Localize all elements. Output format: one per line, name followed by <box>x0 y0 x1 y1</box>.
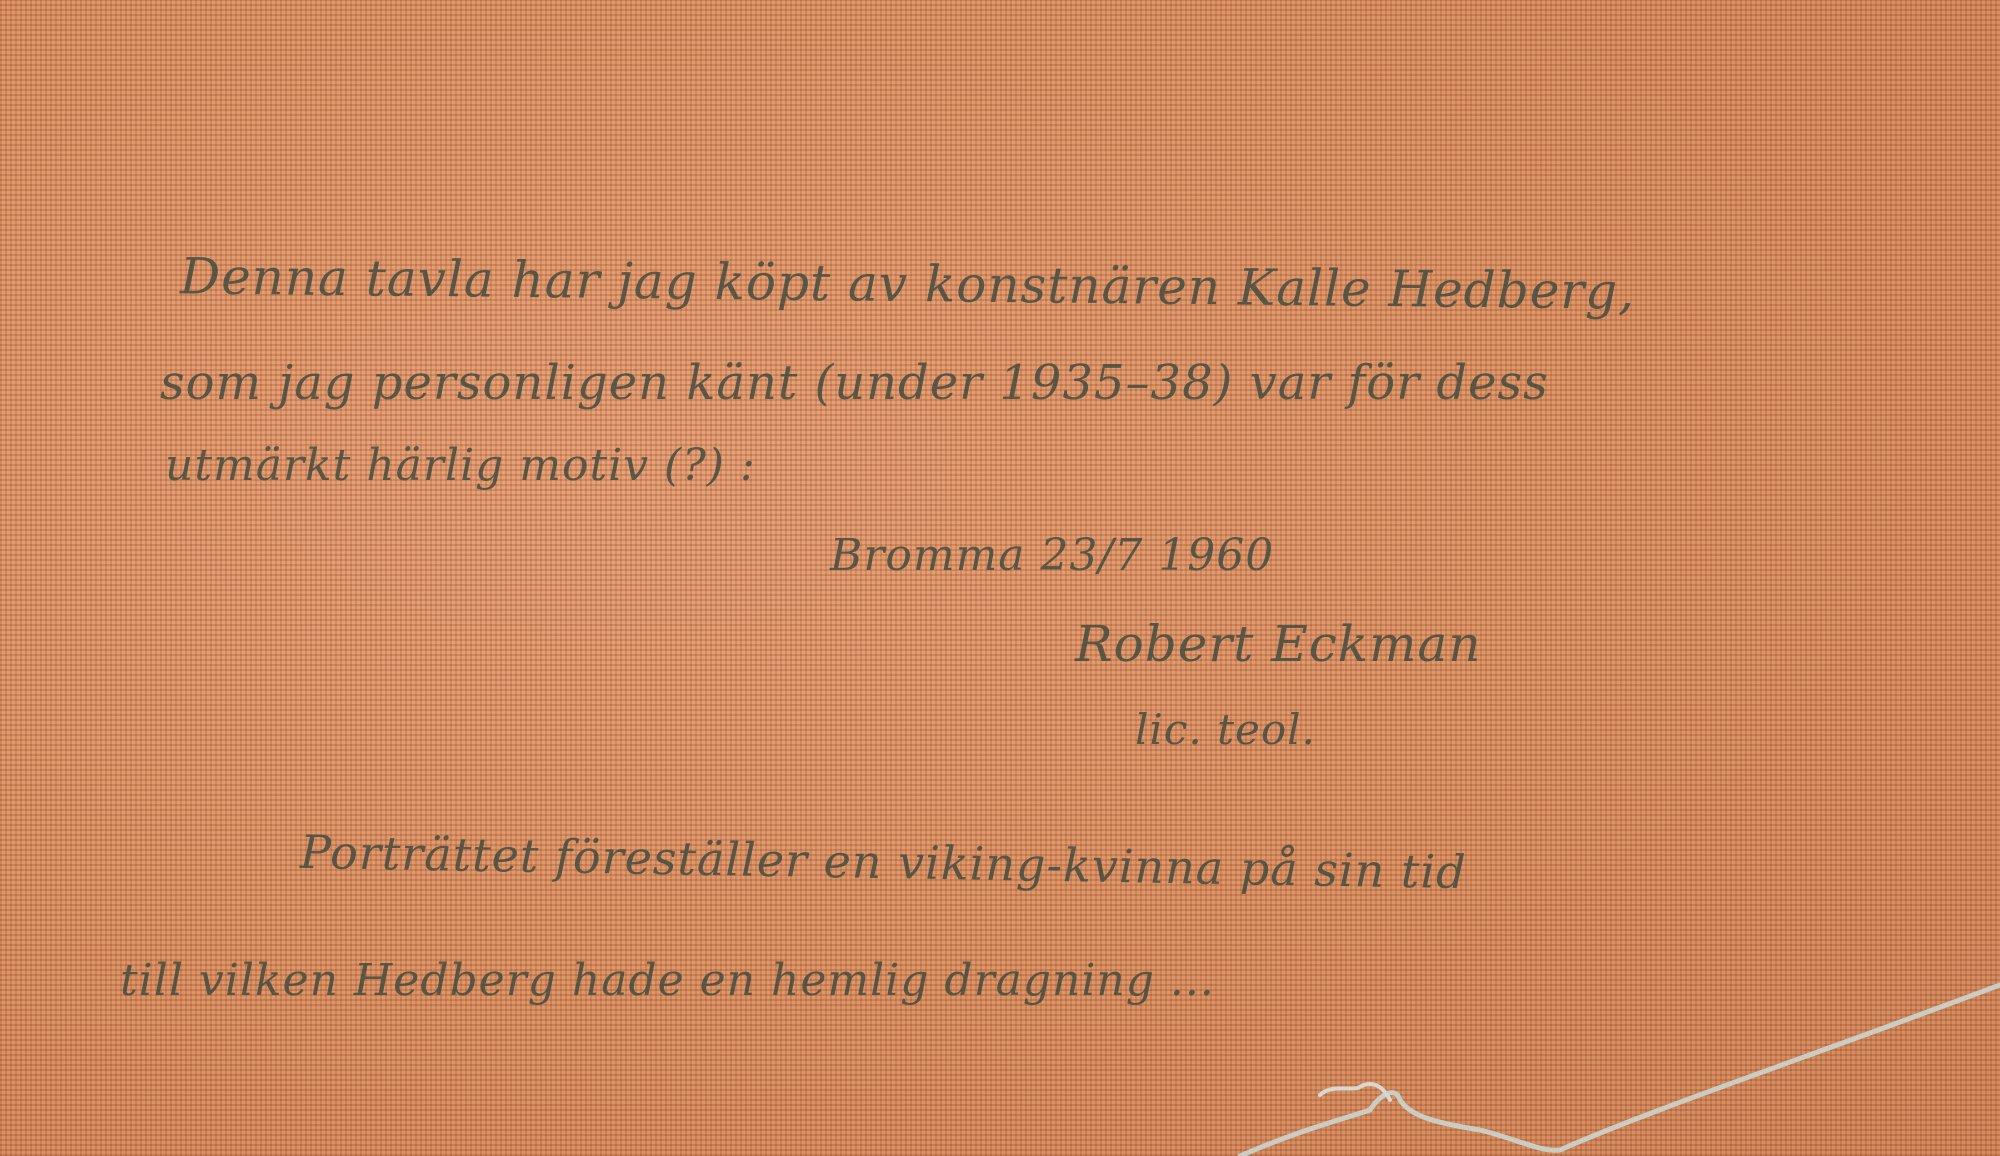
hanging-wire <box>0 0 2000 1156</box>
